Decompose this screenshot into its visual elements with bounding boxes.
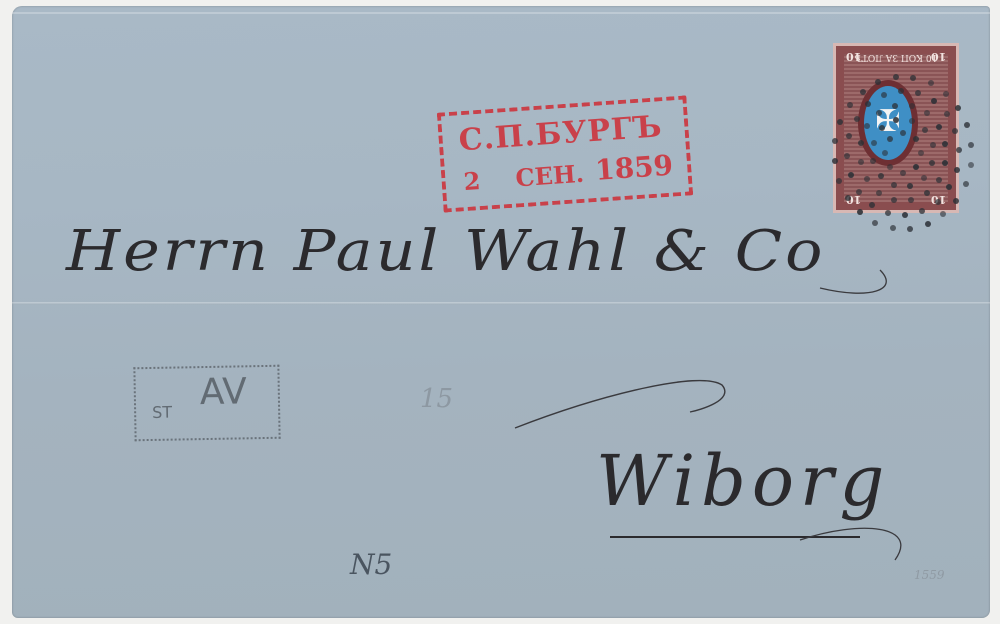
cancel-dot (913, 164, 919, 170)
cancel-dot (907, 183, 913, 189)
cancel-dot (890, 225, 896, 231)
postmark-month: СЕН. (515, 159, 585, 193)
cancel-dot (909, 118, 915, 124)
annotation-n5: N5 (350, 548, 392, 581)
cancel-dot (848, 172, 854, 178)
cancel-dot (936, 124, 942, 130)
cancel-dot (953, 198, 959, 204)
cancel-dot (954, 167, 960, 173)
cancel-dot (909, 103, 915, 109)
cancel-dot (968, 142, 974, 148)
cancel-dot (935, 199, 941, 205)
annotation-pencil-mid: 15 (420, 384, 453, 414)
cancel-dot (858, 140, 864, 146)
cancel-dot (860, 89, 866, 95)
box-cancellation: ST AV (133, 365, 280, 442)
cancel-dot (876, 190, 882, 196)
annotation-pencil-corner: 1559 (914, 568, 945, 582)
postmark-day: 2 (463, 166, 482, 196)
cancel-dot (921, 175, 927, 181)
cancel-dot (913, 136, 919, 142)
red-postmark: С.П.БУРГЪ 2 СЕН. 1859 (437, 95, 693, 212)
cancel-dot (892, 103, 898, 109)
cancel-dot (870, 158, 876, 164)
fold-line-top (12, 12, 990, 14)
cancel-dot (858, 159, 864, 165)
box-cancel-main-text: AV (199, 371, 247, 413)
stamp-value-tl: 10 (846, 50, 861, 63)
cancel-dot (854, 116, 860, 122)
cancel-dot (968, 162, 974, 168)
cancel-dot (882, 150, 888, 156)
cancel-dot (856, 189, 862, 195)
cancel-dot (885, 210, 891, 216)
cancel-dot (864, 176, 870, 182)
city-underline (610, 536, 860, 538)
cancel-dot (943, 91, 949, 97)
cancel-dot (900, 130, 906, 136)
cancel-dot (845, 195, 851, 201)
postmark-year: 1859 (594, 149, 674, 187)
cancel-dot (844, 153, 850, 159)
address-city: Wiborg (596, 440, 890, 522)
cancel-dot (836, 178, 842, 184)
box-cancel-small-text: ST (152, 403, 172, 422)
cancel-dot (871, 140, 877, 146)
cancel-dot (963, 181, 969, 187)
cancel-dot (881, 92, 887, 98)
cancel-dot (898, 88, 904, 94)
stamp-value-tr: 10 (931, 50, 946, 63)
stamp-oval: ✠ (864, 86, 912, 160)
cancel-dot (900, 170, 906, 176)
cancel-dot (918, 150, 924, 156)
cancel-dot (936, 177, 942, 183)
cancel-dot (878, 173, 884, 179)
cancel-dot (925, 221, 931, 227)
cancel-dot (924, 190, 930, 196)
cancel-dot (869, 202, 875, 208)
fold-line-middle (12, 302, 990, 305)
address-recipient: Herrn Paul Wahl & Co (66, 218, 825, 284)
